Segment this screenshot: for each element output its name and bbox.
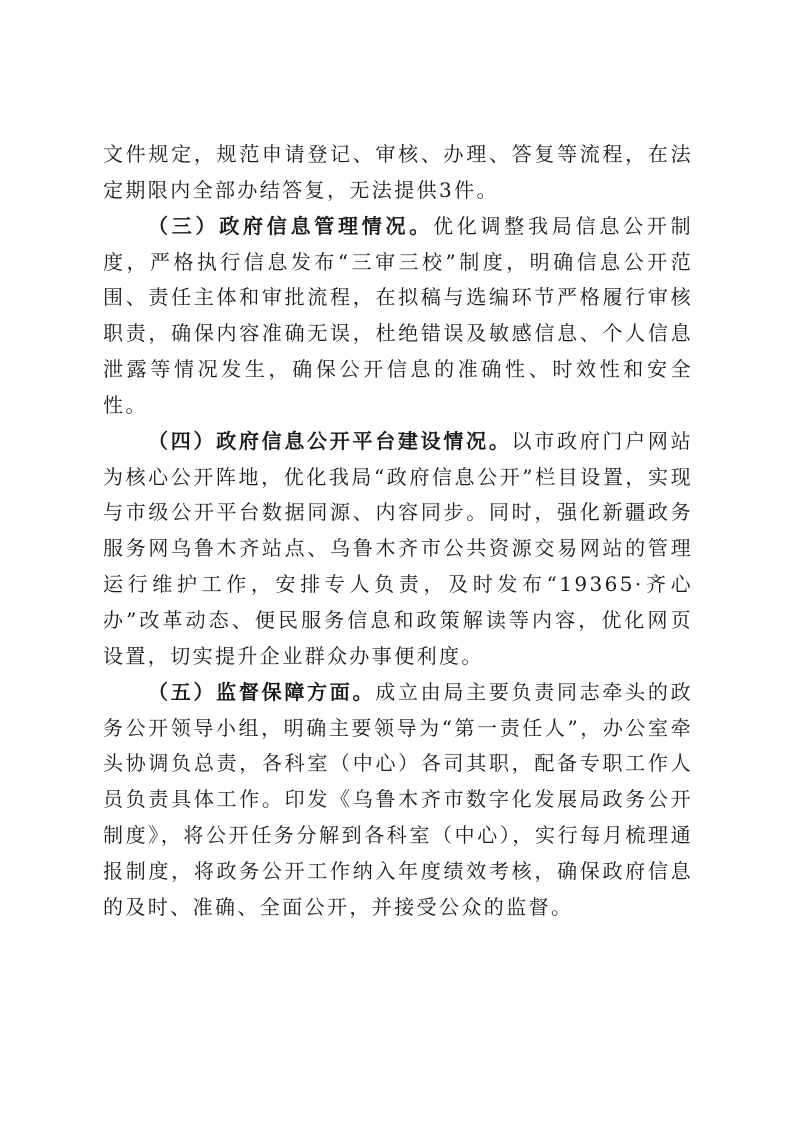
document-page: 文件规定，规范申请登记、审核、办理、答复等流程，在法定期限内全部办结答复，无法提… <box>103 137 693 926</box>
section-heading: （五）监督保障方面。 <box>148 680 375 704</box>
paragraph-section-4: （四）政府信息公开平台建设情况。以市政府门户网站为核心公开阵地，优化我局“政府信… <box>103 424 693 675</box>
paragraph-section-3: （三）政府信息管理情况。优化调整我局信息公开制度，严格执行信息发布“三审三校”制… <box>103 209 693 424</box>
section-heading: （四）政府信息公开平台建设情况。 <box>148 429 512 453</box>
paragraph-body: 成立由局主要负责同志牵头的政务公开领导小组，明确主要领导为“第一责任人”，办公室… <box>103 680 693 919</box>
paragraph-body: 以市政府门户网站为核心公开阵地，优化我局“政府信息公开”栏目设置，实现与市级公开… <box>103 429 693 668</box>
paragraph-body: 文件规定，规范申请登记、审核、办理、答复等流程，在法定期限内全部办结答复，无法提… <box>103 142 693 202</box>
paragraph-continuation: 文件规定，规范申请登记、审核、办理、答复等流程，在法定期限内全部办结答复，无法提… <box>103 137 693 209</box>
paragraph-body: 优化调整我局信息公开制度，严格执行信息发布“三审三校”制度，明确信息公开范围、责… <box>103 214 693 417</box>
section-heading: （三）政府信息管理情况。 <box>148 214 433 238</box>
paragraph-section-5: （五）监督保障方面。成立由局主要负责同志牵头的政务公开领导小组，明确主要领导为“… <box>103 675 693 926</box>
